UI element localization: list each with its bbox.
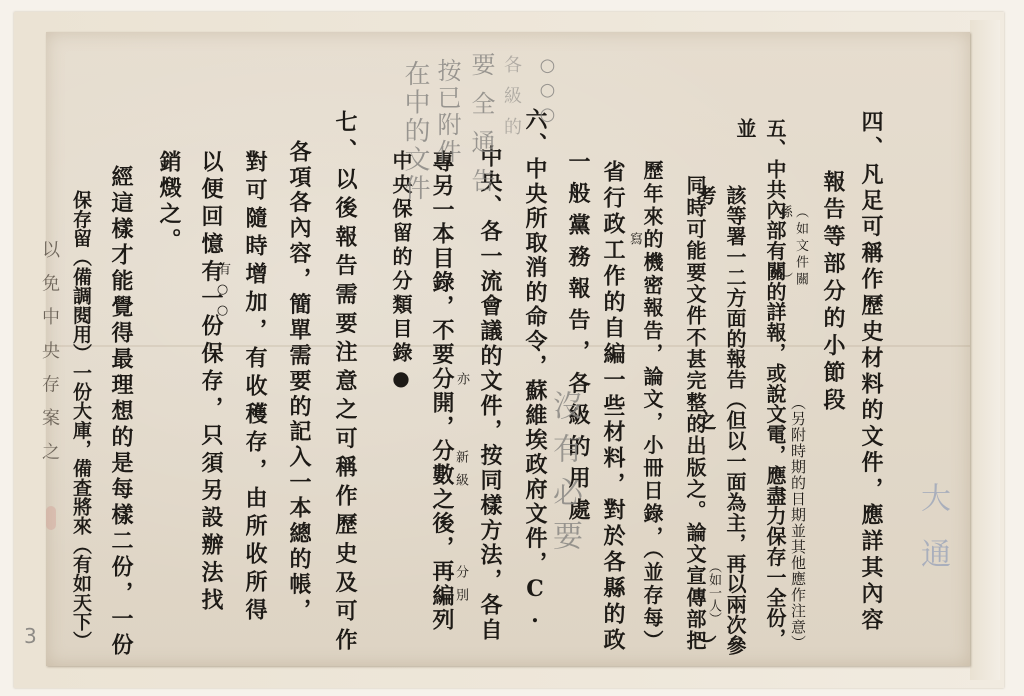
interlinear-note: 分別	[452, 565, 468, 601]
interlinear-note: （如一人）	[705, 560, 721, 620]
interlinear-note: 亦	[453, 372, 469, 388]
paper-edge-strip	[970, 20, 1000, 680]
pencil-annotation: 在中的文件	[398, 60, 430, 200]
text-column-14: 各項各內容，簡單需要的記入一本總的帳，	[284, 140, 314, 620]
interlinear-note: （如文件關係）	[792, 205, 808, 285]
text-column-11: 專另一本目錄，不要分開，分數之後，再編列	[427, 150, 457, 630]
pencil-annotation: 沒有必要	[543, 390, 579, 550]
text-column-1: 四、凡足可稱作歷史材料的文件，應詳其內容	[856, 110, 886, 630]
pink-smudge	[46, 506, 56, 530]
text-column-20: 以免中央存案之	[44, 240, 64, 460]
interlinear-note: 新級	[452, 450, 468, 486]
interlinear-note: ○○	[214, 282, 230, 318]
text-column-16: 以便回憶有一份保存，只須另設辦法找	[196, 150, 226, 610]
text-column-15: 對可隨時增加，有收穫存，由所收所得	[240, 150, 270, 620]
interlinear-note: 有	[214, 262, 230, 278]
pencil-annotation: 按已附件	[432, 58, 462, 163]
pencil-circles: ○○○	[532, 55, 562, 125]
text-column-3: 五、中共內部有關的詳報，或說文電，應盡力保存一全份，並	[760, 118, 790, 648]
text-column-2: 報告等部分的小節段	[818, 170, 848, 410]
interlinear-note: （另附時期的日期並其他應作注意）	[789, 395, 807, 650]
text-column-9: 六、中央所取消的命令，蘇維埃政府文件，C.	[520, 108, 550, 628]
pencil-annotation: 要全通告	[466, 52, 496, 192]
text-column-19: 保存留（備調閱用）一份大庫，備查將來（有如天下）	[66, 190, 96, 650]
text-column-10: 中央、各一流會議的文件，按同樣方法，各自	[475, 145, 505, 640]
text-column-4: 該等署一二方面的報告（但以一面為主，再以兩次參考之）	[720, 185, 750, 655]
text-column-17: 銷燬之。	[154, 150, 184, 250]
text-column-7: 省行政工作的自編一些材料，對於各縣的政	[598, 160, 628, 650]
interlinear-note: 寫	[626, 232, 642, 248]
pencil-annotation: 各級的	[496, 55, 526, 135]
text-column-13: 七、以後報告需要注意之可稱作歷史及可作	[330, 110, 360, 650]
text-column-18: 經這樣才能覺得最理想的是每樣二份，一份	[106, 165, 136, 655]
faint-stamp: 大通	[915, 482, 949, 568]
page-number: 3	[24, 624, 37, 648]
